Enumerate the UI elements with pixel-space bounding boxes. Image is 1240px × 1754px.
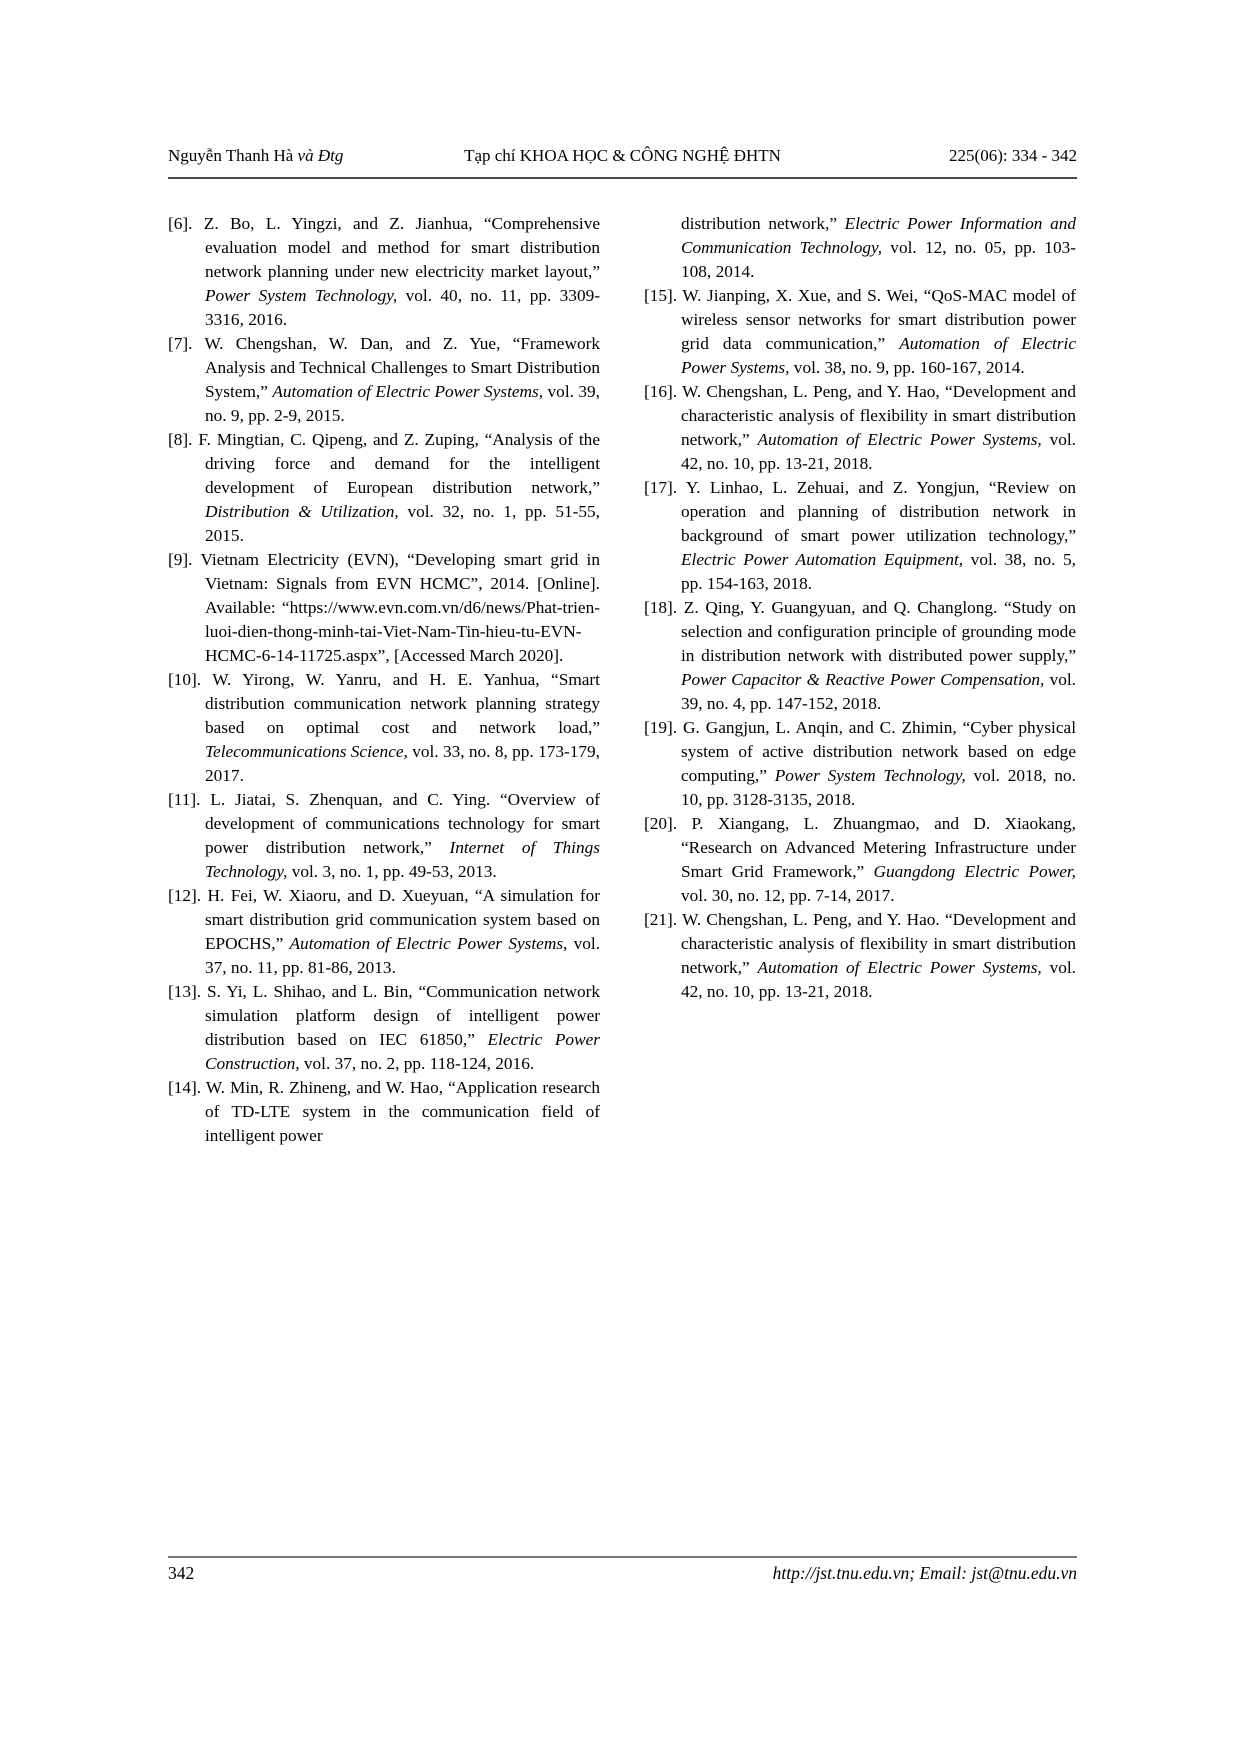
reference-item: [18]. Z. Qing, Y. Guangyuan, and Q. Chan… [644,596,1076,716]
reference-text: vol. 37, no. 2, pp. 118-124, 2016. [300,1054,535,1073]
reference-text: Vietnam Electricity (EVN), “Developing s… [200,550,600,665]
reference-journal-name: Power System Technology, [205,286,397,305]
reference-label: [8]. [168,430,192,449]
reference-item: [11]. L. Jiatai, S. Zhenquan, and C. Yin… [168,788,600,884]
footer-contact: http://jst.tnu.edu.vn; Email: jst@tnu.ed… [773,1563,1077,1584]
footer-rule [168,1556,1077,1558]
author-header: Nguyễn Thanh Hà và Đtg [168,146,464,166]
header-rule [168,177,1077,179]
reference-item: [21]. W. Chengshan, L. Peng, and Y. Hao.… [644,908,1076,1004]
reference-text: Y. Linhao, L. Zehuai, and Z. Yongjun, “R… [681,478,1076,545]
reference-journal-name: Distribution & Utilization, [205,502,399,521]
reference-item: [20]. P. Xiangang, L. Zhuangmao, and D. … [644,812,1076,908]
reference-text: vol. 30, no. 12, pp. 7-14, 2017. [681,886,895,905]
reference-label: [11]. [168,790,200,809]
reference-journal-name: Automation of Electric Power Systems, [290,934,568,953]
reference-text: distribution network,” [681,214,845,233]
reference-label: [16]. [644,382,677,401]
page-header: Nguyễn Thanh Hà và Đtg Tạp chí KHOA HỌC … [168,146,1077,166]
reference-journal-name: Telecommunications Science, [205,742,408,761]
reference-text: Z. Bo, L. Yingzi, and Z. Jianhua, “Compr… [204,214,600,281]
page-number: 342 [168,1563,194,1584]
reference-text: W. Min, R. Zhineng, and W. Hao, “Applica… [205,1078,600,1145]
reference-journal-name: Power Capacitor & Reactive Power Compens… [681,670,1044,689]
reference-journal-name: Automation of Electric Power Systems, [757,430,1041,449]
reference-journal-name: Power System Technology, [775,766,966,785]
reference-text: vol. 3, no. 1, pp. 49-53, 2013. [287,862,496,881]
author-etal: và Đtg [298,146,344,165]
reference-item: [16]. W. Chengshan, L. Peng, and Y. Hao,… [644,380,1076,476]
reference-item: [8]. F. Mingtian, C. Qipeng, and Z. Zupi… [168,428,600,548]
reference-item: [6]. Z. Bo, L. Yingzi, and Z. Jianhua, “… [168,212,600,332]
reference-text: Z. Qing, Y. Guangyuan, and Q. Changlong.… [681,598,1076,665]
reference-item: distribution network,” Electric Power In… [644,212,1076,284]
reference-text: F. Mingtian, C. Qipeng, and Z. Zuping, “… [198,430,600,497]
reference-label: [14]. [168,1078,201,1097]
reference-journal-name: Automation of Electric Power Systems, [757,958,1041,977]
reference-item: [7]. W. Chengshan, W. Dan, and Z. Yue, “… [168,332,600,428]
references-column-right: distribution network,” Electric Power In… [644,212,1076,1148]
reference-text: vol. 38, no. 9, pp. 160-167, 2014. [789,358,1024,377]
reference-item: [19]. G. Gangjun, L. Anqin, and C. Zhimi… [644,716,1076,812]
journal-title: Tạp chí KHOA HỌC & CÔNG NGHỆ ĐHTN [464,146,781,166]
reference-label: [19]. [644,718,677,737]
reference-item: [14]. W. Min, R. Zhineng, and W. Hao, “A… [168,1076,600,1148]
reference-label: [18]. [644,598,677,617]
reference-item: [10]. W. Yirong, W. Yanru, and H. E. Yan… [168,668,600,788]
reference-label: [15]. [644,286,677,305]
reference-text: W. Yirong, W. Yanru, and H. E. Yanhua, “… [205,670,600,737]
reference-label: [13]. [168,982,201,1001]
references-column-left: [6]. Z. Bo, L. Yingzi, and Z. Jianhua, “… [168,212,600,1148]
reference-item: [15]. W. Jianping, X. Xue, and S. Wei, “… [644,284,1076,380]
reference-item: [12]. H. Fei, W. Xiaoru, and D. Xueyuan,… [168,884,600,980]
reference-journal-name: Automation of Electric Power Systems, [272,382,543,401]
reference-label: [10]. [168,670,201,689]
document-page: Nguyễn Thanh Hà và Đtg Tạp chí KHOA HỌC … [0,0,1240,1754]
issue-page-range: 225(06): 334 - 342 [781,146,1077,166]
reference-label: [9]. [168,550,192,569]
reference-label: [7]. [168,334,192,353]
reference-item: [9]. Vietnam Electricity (EVN), “Develop… [168,548,600,668]
reference-journal-name: Guangdong Electric Power, [874,862,1076,881]
reference-label: [20]. [644,814,677,833]
reference-journal-name: Electric Power Automation Equipment, [681,550,963,569]
author-name: Nguyễn Thanh Hà [168,146,298,165]
reference-item: [13]. S. Yi, L. Shihao, and L. Bin, “Com… [168,980,600,1076]
page-footer: 342 http://jst.tnu.edu.vn; Email: jst@tn… [168,1556,1077,1584]
reference-label: [21]. [644,910,677,929]
reference-label: [17]. [644,478,677,497]
reference-label: [6]. [168,214,192,233]
reference-item: [17]. Y. Linhao, L. Zehuai, and Z. Yongj… [644,476,1076,596]
references-section: [6]. Z. Bo, L. Yingzi, and Z. Jianhua, “… [168,212,1077,1148]
reference-label: [12]. [168,886,201,905]
